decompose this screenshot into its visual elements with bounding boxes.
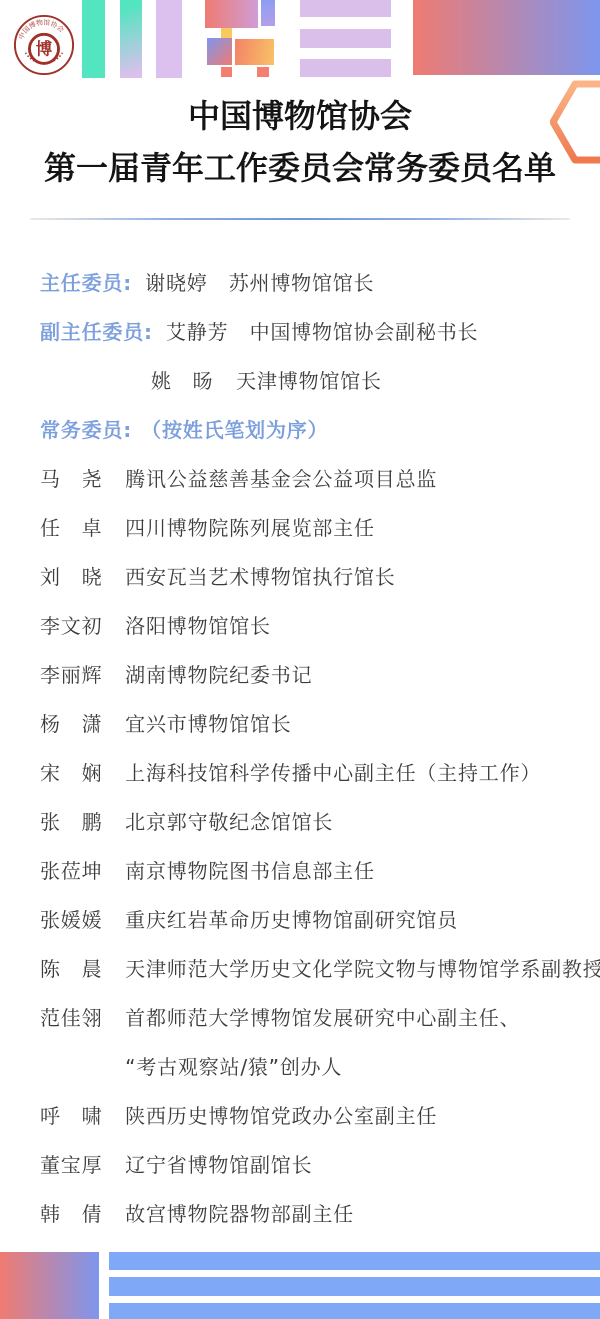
- member-name: 张 鹏: [40, 811, 104, 833]
- deco-red-blue-gradient-block: [413, 0, 600, 75]
- member-row: 张 鹏 北京郭守敬纪念馆馆长: [40, 811, 580, 833]
- member-row: 董宝厚 辽宁省博物馆副馆长: [40, 1154, 580, 1176]
- member-title: 北京郭守敬纪念馆馆长: [125, 810, 333, 834]
- member-name: 张媛媛: [40, 909, 104, 931]
- member-row: 呼 啸 陕西历史博物馆党政办公室副主任: [40, 1105, 580, 1127]
- member-row: 杨 潇 宜兴市博物馆馆长: [40, 713, 580, 735]
- member-title: 湖南博物院纪委书记: [125, 663, 312, 687]
- member-title: 辽宁省博物馆副馆长: [125, 1153, 312, 1177]
- deco-footer-blue-bar-3: [109, 1303, 600, 1319]
- deco-lavender-hbar-1: [300, 0, 391, 17]
- deco-teal-purple-gradient-bar: [120, 0, 142, 78]
- member-row: 韩 倩 故宫博物院器物部副主任: [40, 1203, 580, 1225]
- deco-footer-blue-bar-2: [109, 1277, 600, 1296]
- deco-lavender-hbar-3: [300, 59, 391, 77]
- member-title: 天津师范大学历史文化学院文物与博物馆学系副教授: [125, 957, 600, 981]
- standing-committee-header: 常务委员: （按姓氏笔划为序）: [40, 419, 580, 441]
- member-name: 马 尧: [40, 468, 104, 490]
- deco-salmon-square-right: [257, 67, 269, 77]
- member-name: 李丽辉: [40, 664, 104, 686]
- member-title: 南京博物院图书信息部主任: [125, 859, 375, 883]
- vice-chairman-2-name: 姚 旸: [151, 370, 215, 392]
- deco-footer-gradient-block: [0, 1252, 99, 1319]
- member-name: 任 卓: [40, 517, 104, 539]
- member-row: 陈 晨 天津师范大学历史文化学院文物与博物馆学系副教授: [40, 958, 580, 980]
- vice-chairman-1-title: 中国博物馆协会副秘书长: [250, 320, 479, 344]
- chairman-title: 苏州博物馆馆长: [229, 271, 375, 295]
- vice-chairman-2-title: 天津博物馆馆长: [236, 369, 382, 393]
- member-title: 西安瓦当艺术博物馆执行馆长: [125, 565, 395, 589]
- vice-chairman-1-name: 艾静芳: [166, 320, 228, 344]
- vice-chairman-row-2: 姚 旸 天津博物馆馆长: [40, 370, 580, 392]
- chairman-name: 谢晓婷: [145, 271, 207, 295]
- chairman-row: 主任委员: 谢晓婷 苏州博物馆馆长: [40, 272, 580, 294]
- announcement-poster: 中国博物馆协会 博 中国博物馆协会 第一届青年工作委员会常务委员名单 主任委员:…: [0, 0, 600, 1319]
- seal-icon: 中国博物馆协会 博: [13, 14, 75, 76]
- member-name: 刘 晓: [40, 566, 104, 588]
- member-name: 范佳翎: [40, 1007, 104, 1029]
- member-title: 腾讯公益慈善基金会公益项目总监: [125, 467, 437, 491]
- member-row: 刘 晓 西安瓦当艺术博物馆执行馆长: [40, 566, 580, 588]
- member-name: 杨 潇: [40, 713, 104, 735]
- member-row: 任 卓 四川博物院陈列展览部主任: [40, 517, 580, 539]
- member-name: 张莅坤: [40, 860, 104, 882]
- title-line-2: 第一届青年工作委员会常务委员名单: [0, 150, 600, 186]
- member-row: 范佳翎 首都师范大学博物馆发展研究中心副主任、: [40, 1007, 580, 1029]
- member-title: 故宫博物院器物部副主任: [125, 1202, 354, 1226]
- member-title: 上海科技馆科学传播中心副主任（主持工作）: [125, 761, 541, 785]
- member-row: 张莅坤 南京博物院图书信息部主任: [40, 860, 580, 882]
- seal-center-glyph: 博: [36, 40, 53, 59]
- member-row: 马 尧 腾讯公益慈善基金会公益项目总监: [40, 468, 580, 490]
- vice-chairman-label: 副主任委员:: [40, 320, 153, 344]
- member-row: 李丽辉 湖南博物院纪委书记: [40, 664, 580, 686]
- member-title: 四川博物院陈列展览部主任: [125, 516, 375, 540]
- title-divider: [30, 218, 570, 220]
- member-row: 张媛媛 重庆红岩革命历史博物馆副研究馆员: [40, 909, 580, 931]
- member-title: 宜兴市博物馆馆长: [125, 712, 291, 736]
- deco-lavender-bar: [156, 0, 182, 78]
- vice-chairman-row-1: 副主任委员: 艾静芳 中国博物馆协会副秘书长: [40, 321, 580, 343]
- member-roster: 主任委员: 谢晓婷 苏州博物馆馆长 副主任委员: 艾静芳 中国博物馆协会副秘书长…: [40, 272, 580, 1252]
- member-name: 宋 娴: [40, 762, 104, 784]
- deco-salmon-square-left: [221, 67, 232, 77]
- member-name: 陈 晨: [40, 958, 104, 980]
- deco-orange-gold-rect: [235, 39, 274, 65]
- member-title: 陕西历史博物馆党政办公室副主任: [125, 1104, 437, 1128]
- association-seal-logo: 中国博物馆协会 博: [13, 14, 75, 76]
- deco-blue-red-square: [207, 38, 232, 65]
- standing-committee-note: （按姓氏笔划为序）: [141, 418, 328, 442]
- deco-lavender-hbar-2: [300, 29, 391, 48]
- deco-footer-blue-bar-1: [109, 1252, 600, 1270]
- deco-red-purple-rect: [205, 0, 258, 28]
- member-name: 李文初: [40, 615, 104, 637]
- member-name: 董宝厚: [40, 1154, 104, 1176]
- member-title: 重庆红岩革命历史博物馆副研究馆员: [125, 908, 458, 932]
- deco-teal-bar: [82, 0, 105, 78]
- standing-committee-label: 常务委员:: [40, 418, 132, 442]
- member-title: 首都师范大学博物馆发展研究中心副主任、: [125, 1006, 520, 1030]
- member-row: 李文初 洛阳博物馆馆长: [40, 615, 580, 637]
- member-title: “考古观察站/猿”创办人: [125, 1055, 342, 1079]
- member-name: 韩 倩: [40, 1203, 104, 1225]
- member-list: 马 尧 腾讯公益慈善基金会公益项目总监 任 卓 四川博物院陈列展览部主任 刘 晓…: [40, 468, 580, 1225]
- title-line-1: 中国博物馆协会: [0, 98, 600, 134]
- deco-yellow-square: [221, 28, 232, 38]
- member-name: 呼 啸: [40, 1105, 104, 1127]
- member-row: “考古观察站/猿”创办人: [40, 1056, 580, 1078]
- deco-blue-violet-bar: [261, 0, 275, 26]
- member-title: 洛阳博物馆馆长: [125, 614, 271, 638]
- chairman-label: 主任委员:: [40, 271, 132, 295]
- member-row: 宋 娴 上海科技馆科学传播中心副主任（主持工作）: [40, 762, 580, 784]
